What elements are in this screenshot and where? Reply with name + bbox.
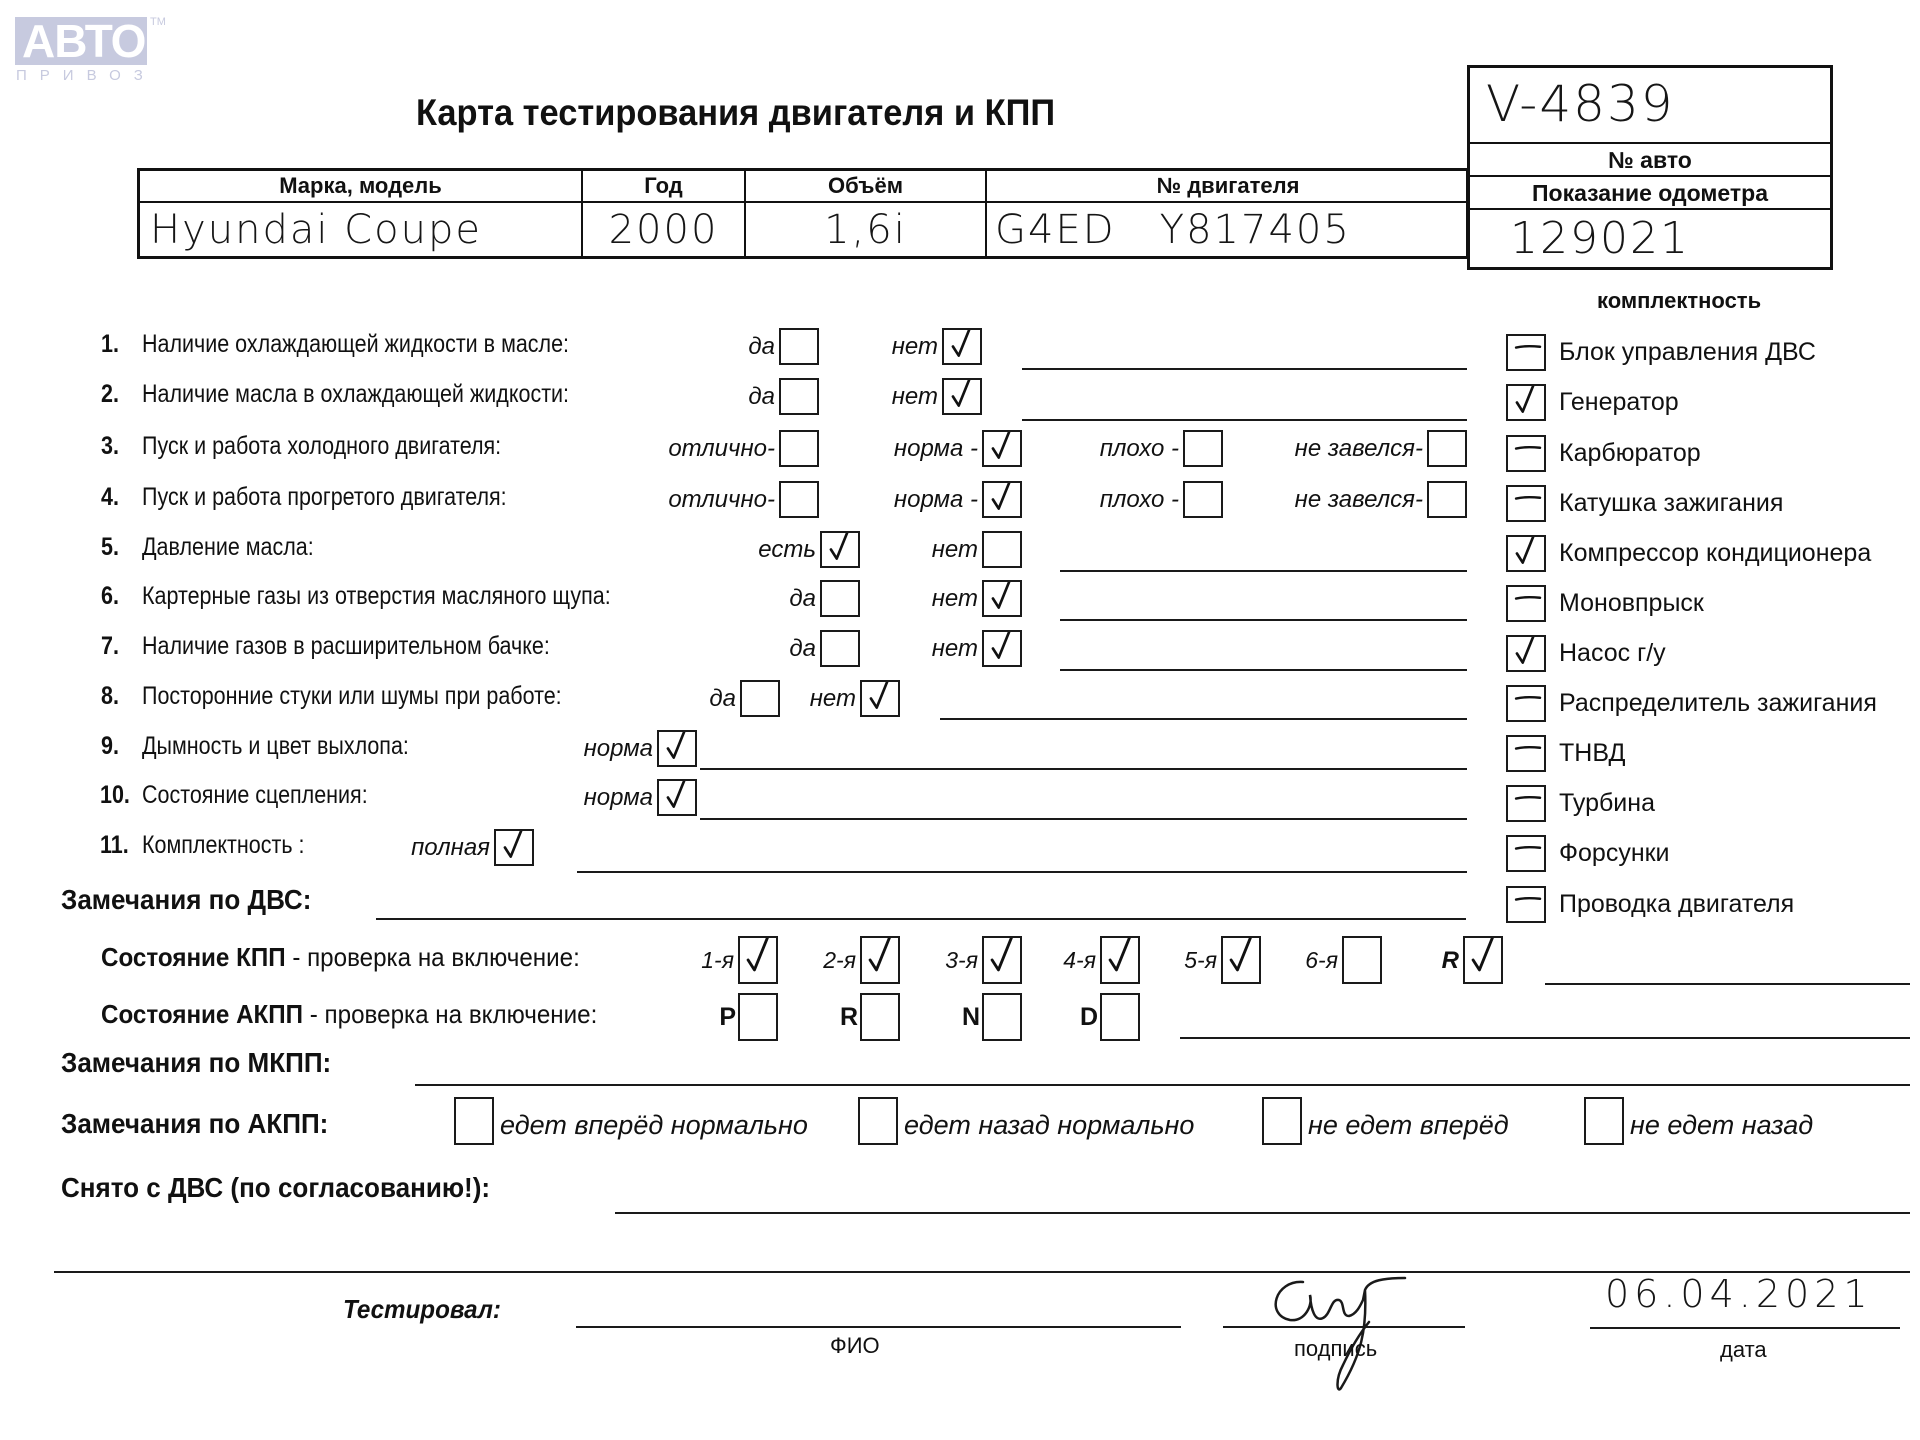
check-mark-icon (1508, 637, 1544, 670)
completeness-item-label: Карбюратор (1559, 439, 1701, 468)
checklist-item-label: Давление масла: (142, 533, 314, 562)
completeness-item-label: Проводка двигателя (1559, 890, 1794, 919)
check-mark-icon (496, 831, 532, 864)
car-number-value[interactable]: V-4839 (1470, 68, 1830, 144)
completeness-item-label: Катушка зажигания (1559, 489, 1783, 518)
checklist-item-number: 10. (100, 781, 130, 810)
dash-mark-icon (1508, 737, 1544, 770)
checklist-option-checkbox[interactable] (779, 481, 819, 518)
value-make-model[interactable]: Hyundai Coupe (140, 203, 581, 256)
checklist-option-checkbox[interactable] (779, 328, 819, 365)
checklist-option-label: отлично- (668, 486, 775, 514)
dash-mark-icon (1508, 837, 1544, 870)
col-engine-number: № двигателя G4ED Y817405 (985, 171, 1469, 256)
value-year[interactable]: 2000 (583, 203, 744, 256)
manual-gearbox-label-bold: Состояние КПП (101, 942, 286, 972)
auto-position-checkbox[interactable] (738, 993, 778, 1041)
checklist-notes-line[interactable] (700, 818, 1467, 820)
dash-mark-icon (1508, 587, 1544, 620)
checklist-item-label: Дымность и цвет выхлопа: (142, 732, 409, 761)
auto-gearbox-label: Состояние АКПП - проверка на включение: (101, 999, 597, 1030)
checklist-option-checkbox[interactable] (820, 580, 860, 617)
check-mark-icon (862, 682, 898, 715)
signature-scribble (1265, 1270, 1425, 1400)
car-number-label: № авто (1470, 144, 1830, 177)
auto-remark-label: едет назад нормально (904, 1110, 1194, 1141)
checklist-option-checkbox[interactable] (820, 531, 860, 568)
check-mark-icon (984, 582, 1020, 615)
checklist-item-number: 7. (101, 632, 119, 661)
checklist-option-checkbox[interactable] (1183, 430, 1223, 467)
manual-gearbox-label: Состояние КПП - проверка на включение: (101, 942, 580, 973)
checklist-item-number: 5. (101, 533, 119, 562)
auto-remark-checkbox[interactable] (1584, 1097, 1624, 1145)
col-volume: Объём 1,6i (744, 171, 985, 256)
checklist-option-label: нет (810, 685, 856, 713)
completeness-checkbox[interactable] (1506, 886, 1546, 923)
auto-position-checkbox[interactable] (860, 993, 900, 1041)
check-mark-icon (659, 732, 695, 765)
checklist-option-checkbox[interactable] (779, 430, 819, 467)
signature-caption: подпись (1294, 1336, 1377, 1362)
logo-text: АВТО (22, 14, 145, 68)
completeness-checkbox[interactable] (1506, 384, 1546, 421)
checklist-option-checkbox[interactable] (942, 378, 982, 415)
header-volume: Объём (746, 171, 985, 203)
check-mark-icon (984, 632, 1020, 665)
checklist-notes-line[interactable] (1060, 570, 1467, 572)
gear-label: 3-я (945, 947, 978, 974)
auto-remark-checkbox[interactable] (858, 1097, 898, 1145)
auto-position-label: D (1080, 1003, 1098, 1032)
checklist-notes-line[interactable] (940, 718, 1467, 720)
checklist-item-number: 9. (101, 732, 119, 761)
checklist-option-checkbox[interactable] (982, 531, 1022, 568)
removed-label: Снято с ДВС (по согласованию!): (61, 1172, 490, 1204)
auto-remark-label: едет вперёд нормально (500, 1110, 808, 1141)
completeness-checkbox[interactable] (1506, 685, 1546, 722)
check-mark-icon (984, 483, 1020, 516)
odometer-label: Показание одометра (1470, 177, 1830, 210)
dash-mark-icon (1508, 336, 1544, 369)
checklist-option-checkbox[interactable] (657, 730, 697, 767)
test-card-page: АВТО TM ПРИВОЗ Карта тестирования двигат… (0, 0, 1920, 1440)
checklist-option-label: нет (932, 635, 978, 663)
auto-remark-label: не едет вперёд (1308, 1110, 1509, 1141)
checklist-option-label: нет (892, 383, 938, 411)
removed-line[interactable] (615, 1212, 1910, 1214)
checklist-item-number: 3. (101, 432, 119, 461)
checklist-option-label: да (748, 333, 775, 361)
check-mark-icon (659, 781, 695, 814)
check-mark-icon (1465, 938, 1501, 982)
gear-label: R (1442, 947, 1459, 975)
gear-label: 2-я (823, 947, 856, 974)
checklist-item-number: 4. (101, 483, 119, 512)
auto-position-checkbox[interactable] (1100, 993, 1140, 1041)
checklist-option-checkbox[interactable] (657, 779, 697, 816)
auto-remark-checkbox[interactable] (454, 1097, 494, 1145)
check-mark-icon (740, 938, 776, 982)
completeness-title: комплектность (1597, 288, 1761, 314)
gear-checkbox[interactable] (1463, 936, 1503, 984)
completeness-item-label: Блок управления ДВС (1559, 338, 1816, 367)
check-mark-icon (944, 330, 980, 363)
tested-by-label: Тестировал: (343, 1294, 501, 1325)
auto-remarks-label: Замечания по АКПП: (61, 1108, 328, 1140)
auto-remark-label: не едет назад (1630, 1110, 1813, 1141)
checklist-item-label: Картерные газы из отверстия масляного щу… (142, 582, 611, 611)
gear-label: 6-я (1305, 947, 1338, 974)
completeness-item-label: Насос г/у (1559, 639, 1666, 668)
checklist-option-checkbox[interactable] (942, 328, 982, 365)
checklist-option-checkbox[interactable] (982, 630, 1022, 667)
completeness-item-label: Компрессор кондиционера (1559, 539, 1871, 568)
checklist-item-number: 6. (101, 582, 119, 611)
manual-remarks-label: Замечания по МКПП: (61, 1047, 331, 1079)
checklist-item-label: Пуск и работа прогретого двигателя: (142, 483, 507, 512)
completeness-item-label: ТНВД (1559, 739, 1625, 768)
checklist-notes-line[interactable] (1022, 368, 1467, 370)
dash-mark-icon (1508, 787, 1544, 820)
check-mark-icon (1223, 938, 1259, 982)
check-mark-icon (984, 938, 1020, 982)
dash-mark-icon (1508, 687, 1544, 720)
manual-gearbox-label-rest: - проверка на включение: (286, 942, 580, 972)
checklist-option-label: полная (411, 834, 490, 862)
dash-mark-icon (1508, 437, 1544, 470)
auto-position-checkbox[interactable] (982, 993, 1022, 1041)
checklist-option-checkbox[interactable] (779, 378, 819, 415)
completeness-checkbox[interactable] (1506, 435, 1546, 472)
checklist-option-checkbox[interactable] (1427, 481, 1467, 518)
completeness-checkbox[interactable] (1506, 334, 1546, 371)
gear-checkbox[interactable] (1221, 936, 1261, 984)
date-line[interactable] (1590, 1327, 1900, 1329)
completeness-item-label: Турбина (1559, 789, 1655, 818)
checklist-option-checkbox[interactable] (982, 481, 1022, 518)
completeness-checkbox[interactable] (1506, 835, 1546, 872)
checklist-item-label: Посторонние стуки или шумы при работе: (142, 682, 562, 711)
checklist-item-number: 1. (101, 330, 119, 359)
auto-gearbox-label-bold: Состояние АКПП (101, 999, 303, 1029)
checklist-notes-line[interactable] (700, 768, 1467, 770)
gear-label: 1-я (701, 947, 734, 974)
checklist-option-label: норма (584, 784, 653, 812)
odometer-value[interactable]: 129021 (1470, 210, 1830, 270)
car-id-box: V-4839 № авто Показание одометра 129021 (1467, 65, 1833, 270)
checklist-notes-line[interactable] (1060, 669, 1467, 671)
completeness-checkbox[interactable] (1506, 735, 1546, 772)
check-mark-icon (862, 938, 898, 982)
checklist-option-checkbox[interactable] (1183, 481, 1223, 518)
completeness-checkbox[interactable] (1506, 535, 1546, 572)
completeness-item-label: Форсунки (1559, 839, 1670, 868)
checklist-option-label: нет (932, 536, 978, 564)
checklist-item-number: 11. (100, 831, 129, 860)
date-caption: дата (1720, 1337, 1767, 1363)
checklist-option-checkbox[interactable] (860, 680, 900, 717)
col-make-model: Марка, модель Hyundai Coupe (140, 171, 581, 256)
value-engine-number[interactable]: G4ED Y817405 (987, 203, 1469, 256)
auto-remark-checkbox[interactable] (1262, 1097, 1302, 1145)
completeness-checkbox[interactable] (1506, 485, 1546, 522)
checklist-item-label: Наличие масла в охлаждающей жидкости: (142, 380, 569, 409)
check-mark-icon (1508, 386, 1544, 419)
checklist-option-checkbox[interactable] (982, 430, 1022, 467)
checklist-item-label: Пуск и работа холодного двигателя: (142, 432, 501, 461)
col-year: Год 2000 (581, 171, 744, 256)
checklist-option-checkbox[interactable] (982, 580, 1022, 617)
checklist-option-label: да (789, 635, 816, 663)
check-mark-icon (944, 380, 980, 413)
checklist-option-label: да (748, 383, 775, 411)
tester-name-line[interactable] (576, 1326, 1181, 1328)
header-engine-number: № двигателя (987, 171, 1469, 203)
checklist-option-checkbox[interactable] (820, 630, 860, 667)
auto-gearbox-notes-line[interactable] (1180, 1037, 1910, 1039)
gear-label: 4-я (1063, 947, 1096, 974)
checklist-option-label: норма (584, 735, 653, 763)
gear-checkbox[interactable] (982, 936, 1022, 984)
checklist-option-label: нет (932, 585, 978, 613)
checklist-item-number: 8. (101, 682, 119, 711)
check-mark-icon (984, 432, 1020, 465)
checklist-option-checkbox[interactable] (1427, 430, 1467, 467)
date-value[interactable]: 06.04.2021 (1605, 1272, 1873, 1316)
checklist-item-label: Наличие газов в расширительном бачке: (142, 632, 550, 661)
completeness-checkbox[interactable] (1506, 585, 1546, 622)
dash-mark-icon (1508, 888, 1544, 921)
checklist-option-label: норма - (894, 486, 978, 514)
engine-remarks-label: Замечания по ДВС: (61, 884, 311, 916)
checklist-item-label: Комплектность : (142, 831, 304, 860)
checklist-option-checkbox[interactable] (494, 829, 534, 866)
manual-remarks-line[interactable] (415, 1084, 1910, 1086)
check-mark-icon (822, 533, 858, 566)
checklist-item-number: 2. (101, 380, 119, 409)
header-make-model: Марка, модель (140, 171, 581, 203)
checklist-option-label: плохо - (1100, 435, 1179, 463)
dash-mark-icon (1508, 487, 1544, 520)
checklist-option-label: отлично- (668, 435, 775, 463)
page-title: Карта тестирования двигателя и КПП (416, 92, 1055, 134)
checklist-item-label: Наличие охлаждающей жидкости в масле: (142, 330, 569, 359)
gear-label: 5-я (1184, 947, 1217, 974)
auto-position-label: R (840, 1003, 858, 1032)
auto-gearbox-label-rest: - проверка на включение: (303, 999, 597, 1029)
logo-trademark: TM (150, 16, 166, 28)
checklist-option-label: норма - (894, 435, 978, 463)
checklist-option-checkbox[interactable] (740, 680, 780, 717)
gear-checkbox[interactable] (860, 936, 900, 984)
completeness-item-label: Генератор (1559, 388, 1679, 417)
checklist-option-label: плохо - (1100, 486, 1179, 514)
gear-checkbox[interactable] (1342, 936, 1382, 984)
checklist-notes-line[interactable] (1022, 419, 1467, 421)
completeness-item-label: Моновпрыск (1559, 589, 1704, 618)
auto-position-label: P (719, 1003, 736, 1032)
checklist-option-label: нет (892, 333, 938, 361)
vehicle-info-table: Марка, модель Hyundai Coupe Год 2000 Объ… (137, 168, 1469, 259)
checklist-option-label: не завелся- (1295, 486, 1423, 514)
logo-subtitle: ПРИВОЗ (16, 67, 156, 84)
gear-checkbox[interactable] (738, 936, 778, 984)
engine-remarks-line[interactable] (376, 918, 1466, 920)
value-volume[interactable]: 1,6i (746, 203, 985, 256)
checklist-notes-line[interactable] (1060, 619, 1467, 621)
auto-position-label: N (962, 1003, 980, 1032)
checklist-option-label: да (709, 685, 736, 713)
header-year: Год (583, 171, 744, 203)
completeness-checkbox[interactable] (1506, 785, 1546, 822)
checklist-item-label: Состояние сцепления: (142, 781, 368, 810)
checklist-option-label: да (789, 585, 816, 613)
completeness-item-label: Распределитель зажигания (1559, 689, 1877, 718)
checklist-option-label: есть (758, 536, 816, 564)
gear-checkbox[interactable] (1100, 936, 1140, 984)
checklist-option-label: не завелся- (1295, 435, 1423, 463)
tester-name-caption: ФИО (830, 1333, 880, 1359)
check-mark-icon (1508, 537, 1544, 570)
check-mark-icon (1102, 938, 1138, 982)
completeness-checkbox[interactable] (1506, 635, 1546, 672)
manual-gearbox-notes-line[interactable] (1545, 983, 1910, 985)
checklist-notes-line[interactable] (577, 871, 1467, 873)
